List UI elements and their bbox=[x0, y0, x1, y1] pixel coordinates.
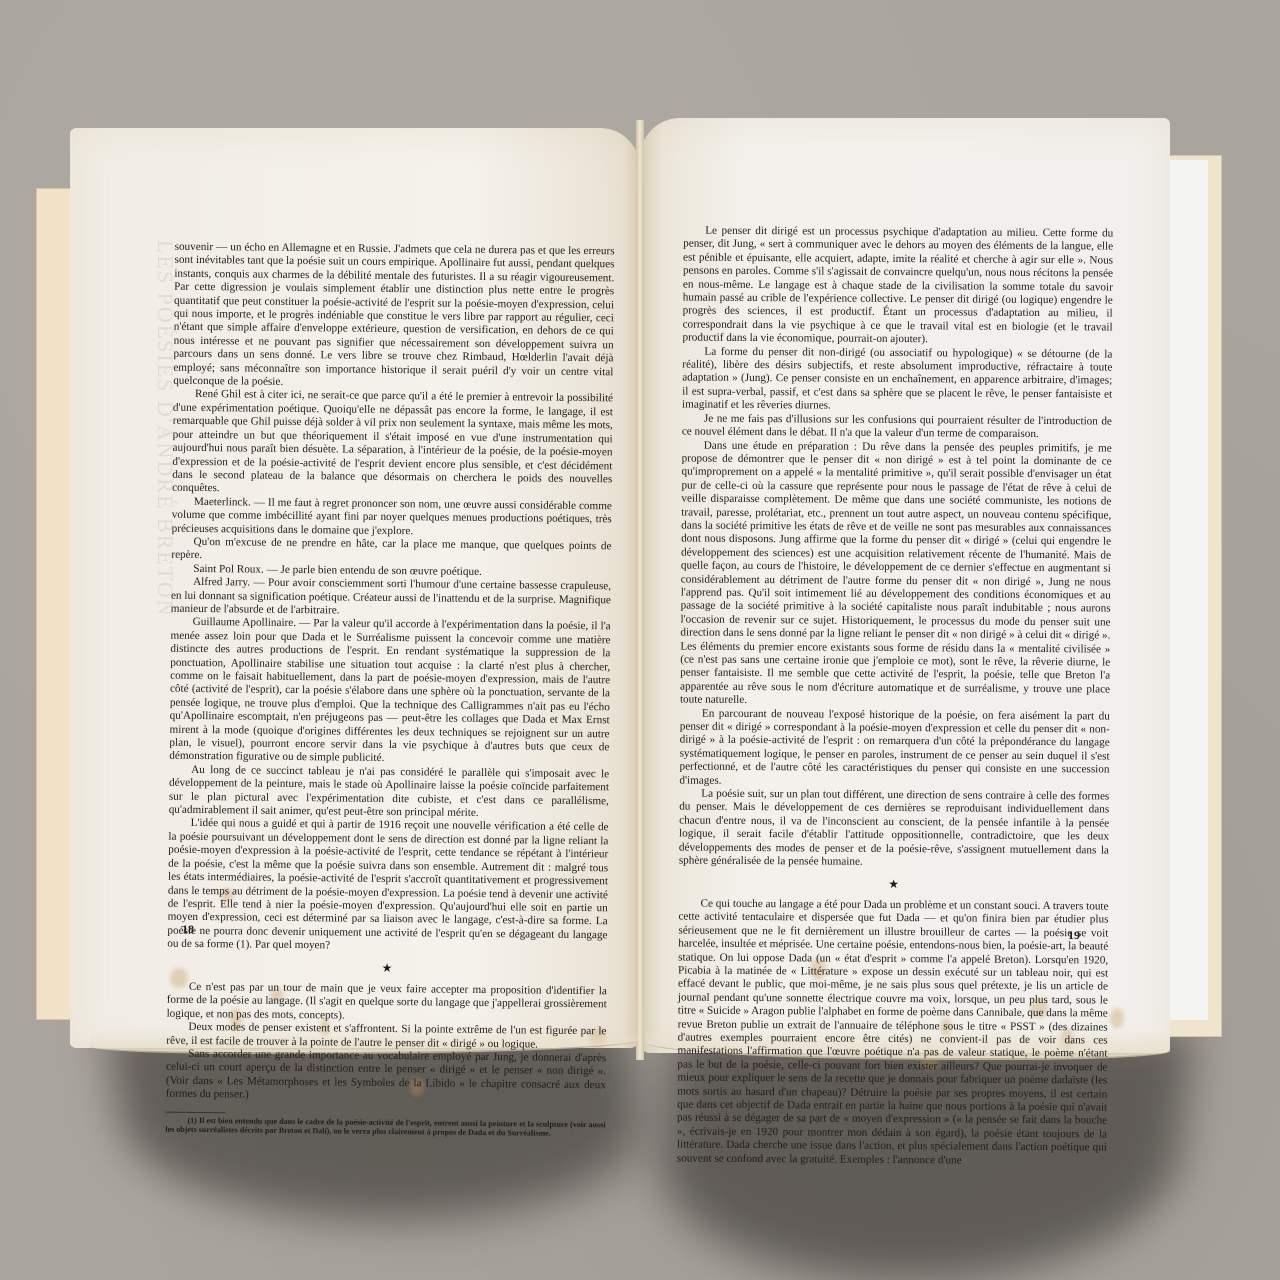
paragraph: Au long de ce succinct tableau je n'ai p… bbox=[169, 764, 610, 822]
right-page-text: Le penser dit dirigé est un processus ps… bbox=[677, 225, 1114, 1169]
page-number-left: 18 bbox=[182, 922, 194, 937]
inserted-sheet bbox=[1168, 160, 1208, 1020]
paragraph: Ce n'est pas par un tour de main que je … bbox=[167, 981, 607, 1026]
left-page-text: souvenir — un écho en Allemagne et en Ru… bbox=[165, 241, 614, 1139]
paragraph: René Ghil est à citer ici, ne serait-ce … bbox=[172, 388, 613, 500]
paragraph: En parcourant de nouveau l'exposé histor… bbox=[679, 707, 1110, 790]
paragraph: Alfred Jarry. — Pour avoir consciemment … bbox=[171, 576, 611, 621]
paragraph: La forme du penser dit non-dirigé (ou as… bbox=[682, 345, 1112, 415]
paragraph: Maeterlinck. — Il me faut à regret prono… bbox=[172, 495, 612, 540]
paragraph: La poésie suit, sur un plan tout différe… bbox=[679, 788, 1110, 871]
book-gutter bbox=[636, 120, 644, 1060]
paragraph: Guillaume Apollinaire. — Par la valeur q… bbox=[169, 616, 611, 768]
paragraph: souvenir — un écho en Allemagne et en Ru… bbox=[173, 241, 615, 393]
paragraph: Sans accorder une grande importance au v… bbox=[166, 1048, 607, 1106]
footnote-rule bbox=[166, 1111, 226, 1113]
paragraph: Je ne me fais pas d'illusions sur les co… bbox=[682, 412, 1112, 442]
page-number-right: 19 bbox=[1068, 928, 1080, 943]
section-separator-star: ★ bbox=[167, 959, 607, 977]
paragraph: Le penser dit dirigé est un processus ps… bbox=[682, 225, 1113, 349]
section-separator-star: ★ bbox=[679, 876, 1109, 892]
paragraph: Ce qui touche au langage a été pour Dada… bbox=[677, 897, 1109, 1168]
foxing-stain bbox=[1110, 1008, 1124, 1028]
paragraph: Dans une étude en préparation : Du rêve … bbox=[680, 439, 1112, 710]
paragraph: L'idée qui nous a guidé et qui à partir … bbox=[167, 817, 608, 956]
